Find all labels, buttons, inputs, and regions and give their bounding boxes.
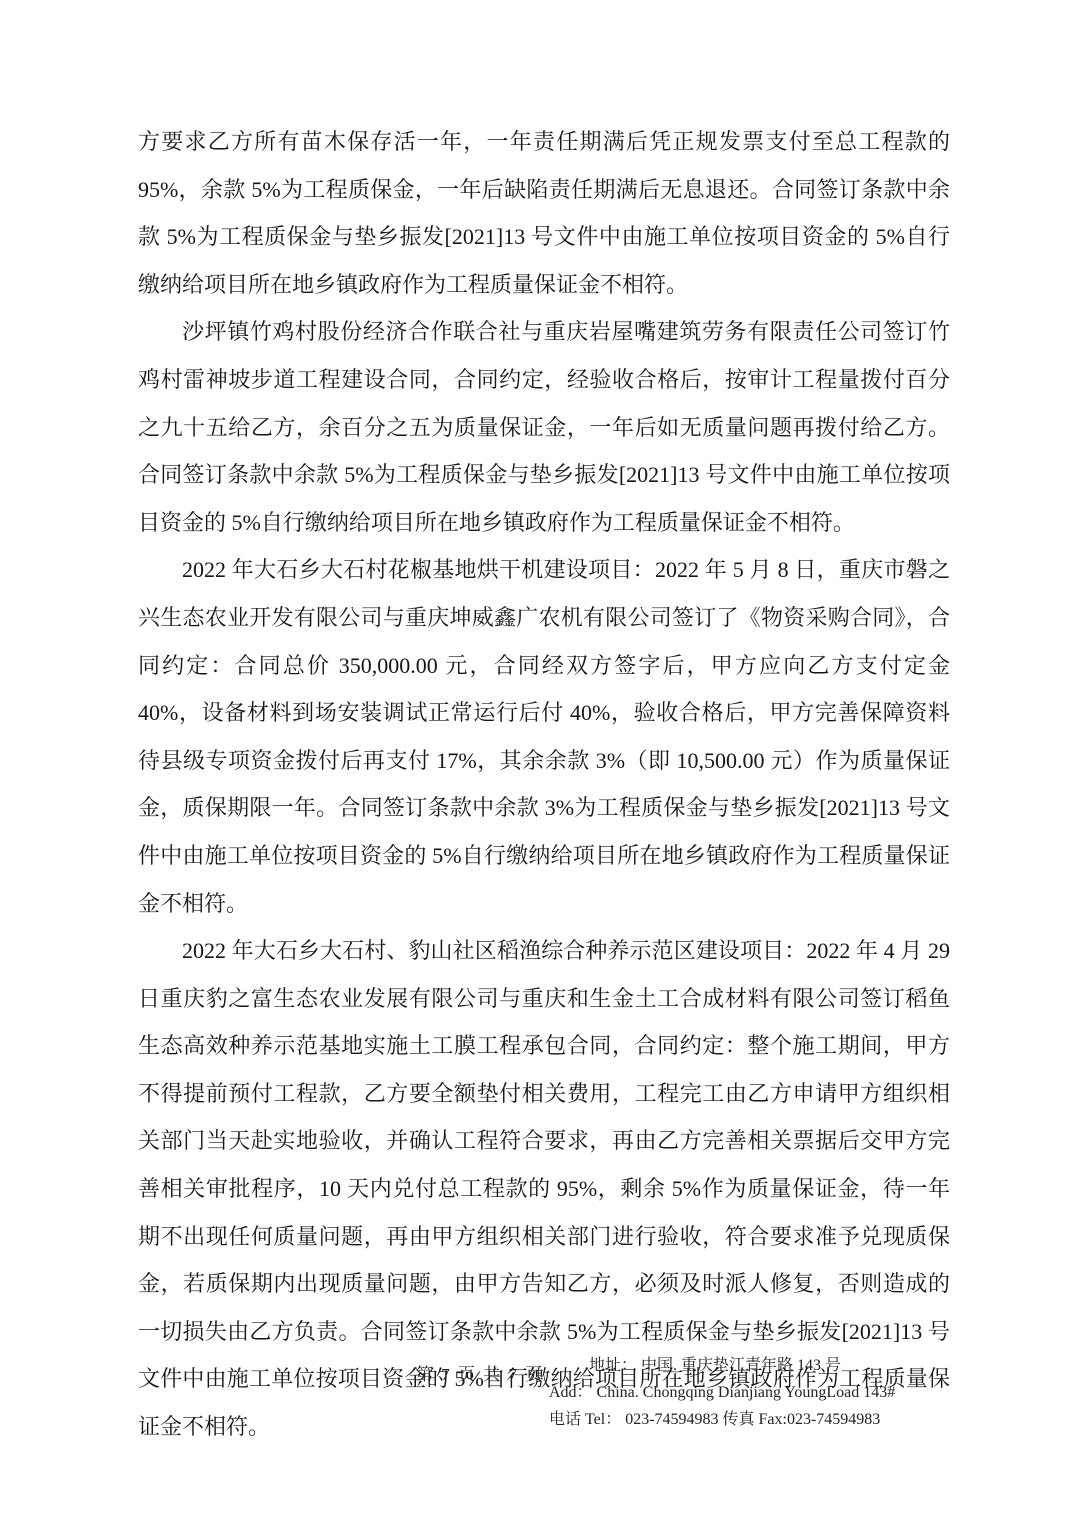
footer-address-en: Add： China. Chongqing Dianjiang YoungLoa… bbox=[549, 1379, 895, 1406]
document-page: 方要求乙方所有苗木保存活一年，一年责任期满后凭正规发票支付至总工程款的 95%，… bbox=[0, 0, 1074, 1520]
paragraph-continuation: 方要求乙方所有苗木保存活一年，一年责任期满后凭正规发票支付至总工程款的 95%，… bbox=[138, 118, 950, 308]
paragraph-shaping-zhujichun-contract: 沙坪镇竹鸡村股份经济合作联合社与重庆岩屋嘴建筑劳务有限责任公司签订竹鸡村雷神坡步… bbox=[138, 308, 950, 546]
page-number: 第 7 页 共 7 页 bbox=[416, 1360, 544, 1385]
footer-phone-fax: 电话 Tel： 023-74594983 传真 Fax:023-74594983 bbox=[549, 1406, 895, 1433]
document-text-body: 方要求乙方所有苗木保存活一年，一年责任期满后凭正规发票支付至总工程款的 95%，… bbox=[138, 118, 950, 1451]
footer-address-cn: 地址： 中国. 重庆垫江青年路 143 号 bbox=[589, 1352, 895, 1379]
footer-address-block: 地址： 中国. 重庆垫江青年路 143 号 Add： China. Chongq… bbox=[549, 1352, 895, 1433]
paragraph-huajiao-dryer-project: 2022 年大石乡大石村花椒基地烘干机建设项目：2022 年 5 月 8 日，重… bbox=[138, 546, 950, 927]
